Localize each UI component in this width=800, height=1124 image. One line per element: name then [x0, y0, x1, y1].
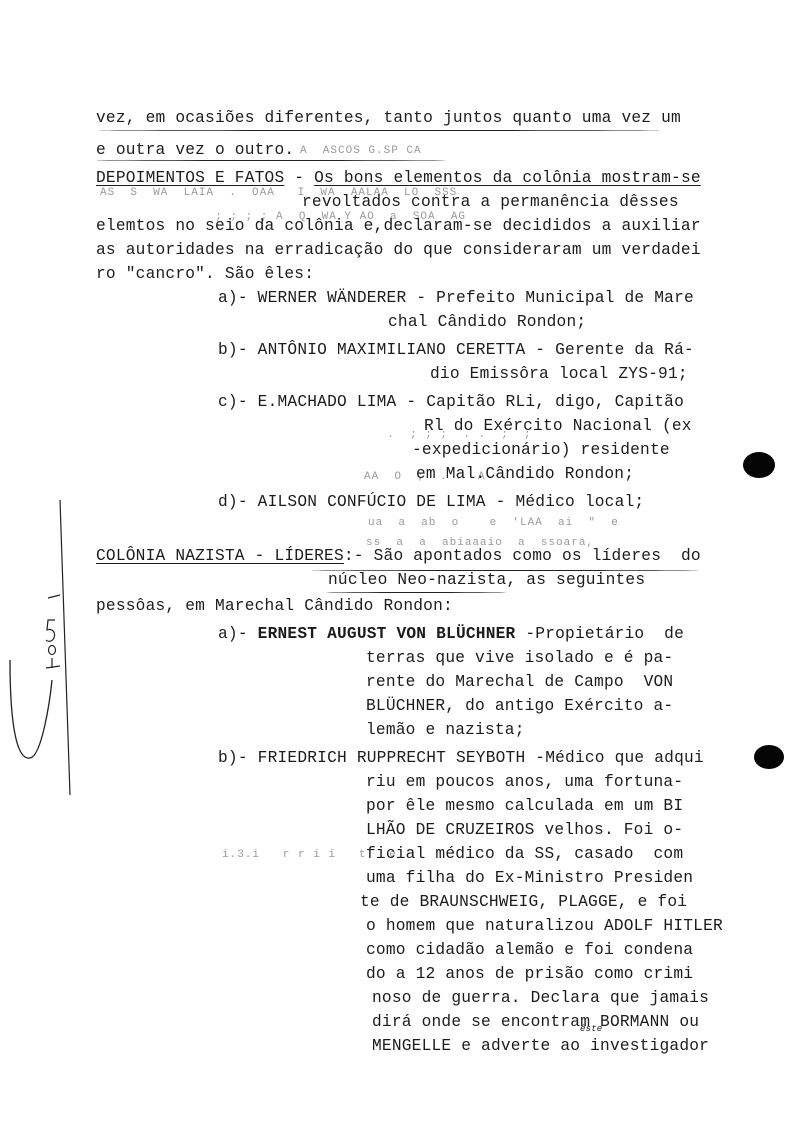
bleed-through-text: ua a ab o e 'LAA ai " e — [368, 516, 619, 530]
witness-c-cont-2: -expedicionário) residente — [412, 440, 670, 460]
leader-b-cont-4: ficial médico da SS, casado com — [366, 844, 683, 864]
document-page: vez, em ocasiões diferentes, tanto junto… — [0, 0, 800, 1124]
testimonies-lead-line: DEPOIMENTOS E FATOS - Os bons elementos … — [96, 168, 701, 188]
leader-b-cont-11: dirá onde se encontram BORMANN ou — [372, 1012, 699, 1032]
bleed-through-text: A ASCOS G.SP CA — [300, 144, 422, 158]
ink-blot — [754, 745, 784, 769]
leaders-lead-text: São apontados como os líderes do — [374, 547, 701, 565]
testimonies-line-5: ro "cancro". São êles: — [96, 264, 314, 284]
section-heading-leaders: COLÔNIA NAZISTA - LÍDERES — [96, 547, 344, 565]
leader-name: FRIEDRICH RUPPRECHT SEYBOTH — [258, 749, 526, 767]
leader-b-cont-12: MENGELLE e adverte ao investigador — [372, 1036, 709, 1056]
witness-c: c)- E.MACHADO LIMA - Capitão RLi, digo, … — [218, 392, 684, 412]
leader-a-cont-2: rente do Marechal de Campo VON — [366, 672, 673, 692]
testimonies-line-4: as autoridades na erradicação do que con… — [96, 240, 701, 260]
witness-b: b)- ANTÔNIO MAXIMILIANO CERETTA - Gerent… — [218, 340, 694, 360]
testimonies-lead-text: Os bons elementos da colônia mostram-se — [314, 169, 701, 187]
handwritten-underline — [96, 160, 446, 161]
leaders-lead-line: COLÔNIA NAZISTA - LÍDERES:- São apontado… — [96, 546, 701, 566]
leader-b-cont-8: como cidadão alemão e foi condena — [366, 940, 693, 960]
witness-b-cont: dio Emissôra local ZYS-91; — [430, 364, 688, 384]
leader-b-cont-10: noso de guerra. Declara que jamais — [372, 988, 709, 1008]
witness-c-cont-3: em Mal.Cândido Rondon; — [416, 464, 634, 484]
testimonies-line-3: elemtos no seio da colônia e,declaram-se… — [96, 216, 701, 236]
ink-blot — [743, 452, 775, 478]
witness-name: ANTÔNIO MAXIMILIANO CERETTA — [258, 341, 526, 359]
leaders-line-2: núcleo Neo-nazista, as seguintes — [328, 570, 645, 590]
leader-name: ERNEST AUGUST VON BLÜCHNER — [258, 625, 516, 643]
handwritten-underline — [326, 592, 506, 593]
section-heading-testimonies: DEPOIMENTOS E FATOS — [96, 169, 284, 187]
leader-b-cont-1: riu em poucos anos, uma fortuna- — [366, 772, 683, 792]
testimonies-line-2: revoltados contra a permanência dêsses — [302, 192, 679, 212]
leader-a-cont-3: BLÜCHNER, do antigo Exército a- — [366, 696, 673, 716]
handwritten-underline — [96, 130, 662, 131]
continuation-line-2: e outra vez o outro. — [96, 140, 294, 160]
leader-a-cont-1: terras que vive isolado e é pa- — [366, 648, 673, 668]
witness-name: AILSON CONFÚCIO DE LIMA — [258, 493, 486, 511]
leader-b-cont-7: o homem que naturalizou ADOLF HITLER — [366, 916, 723, 936]
witness-name: E.MACHADO LIMA — [258, 393, 397, 411]
leader-b-cont-2: por êle mesmo calculada em um BI — [366, 796, 683, 816]
leader-b-cont-3: LHÃO DE CRUZEIROS velhos. Foi o- — [366, 820, 683, 840]
leader-b-cont-6: te de BRAUNSCHWEIG, PLAGGE, e foi — [360, 892, 687, 912]
leader-a-cont-4: lemão e nazista; — [366, 720, 525, 740]
interlinear-note: êste — [580, 1024, 602, 1034]
witness-d: d)- AILSON CONFÚCIO DE LIMA - Médico loc… — [218, 492, 644, 512]
leader-a: a)- ERNEST AUGUST VON BLÜCHNER -Propietá… — [218, 624, 684, 644]
leaders-line-3: pessôas, em Marechal Cândido Rondon: — [96, 596, 453, 616]
witness-name: WERNER WÄNDERER — [258, 289, 407, 307]
margin-handwriting-icon — [0, 500, 80, 820]
leader-b: b)- FRIEDRICH RUPPRECHT SEYBOTH -Médico … — [218, 748, 704, 768]
leader-b-cont-5: uma filha do Ex-Ministro Presiden — [366, 868, 693, 888]
witness-a-cont: chal Cândido Rondon; — [388, 312, 586, 332]
leader-b-cont-9: do a 12 anos de prisão como crimi — [366, 964, 693, 984]
witness-a: a)- WERNER WÄNDERER - Prefeito Municipal… — [218, 288, 694, 308]
continuation-line-1: vez, em ocasiões diferentes, tanto junto… — [96, 108, 681, 128]
